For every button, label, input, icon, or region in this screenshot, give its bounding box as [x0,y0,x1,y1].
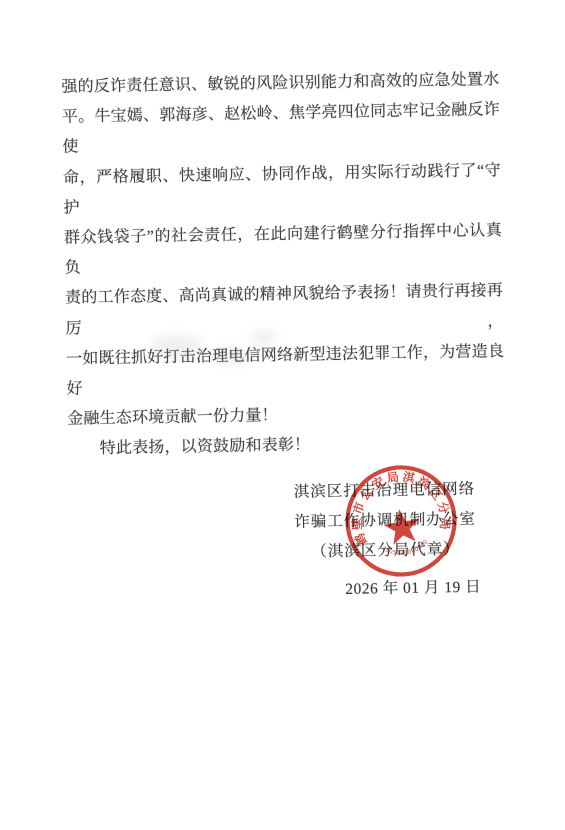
body-line: 一如既往抓好打击治理电信网络新型违法犯罪工作，为营造良好 [66,337,505,405]
seal-code-text: 4105020060060 [380,538,431,560]
svg-text:4105020060060: 4105020060060 [380,538,431,560]
body-line: 命，严格履职、快速响应、协同作战，用实际行动践行了“守护 [63,156,502,224]
body-line: 群众钱袋子”的社会责任，在此向建行鹤壁分行指挥中心认真负 [64,216,503,284]
seal-graphic: 鹤壁市公安局淇滨区分局 4105020060060 [330,450,472,592]
letter-body: 强的反诈责任意识、敏锐的风险识别能力和高效的应急处置水 平。牛宝嫣、郭海彦、赵松… [61,65,506,465]
body-line: 平。牛宝嫣、郭海彦、赵松岭、焦学亮四位同志牢记金融反诈使 [62,95,501,163]
star-icon [381,506,422,546]
official-seal-stamp: 鹤壁市公安局淇滨区分局 4105020060060 [330,450,472,592]
letter-content: 强的反诈责任意识、敏锐的风险识别能力和高效的应急处置水 平。牛宝嫣、郭海彦、赵松… [0,0,565,830]
document-page: 强的反诈责任意识、敏锐的风险识别能力和高效的应急处置水 平。牛宝嫣、郭海彦、赵松… [0,0,565,830]
body-line: 责的工作态度、高尚真诚的精神风貌给予表扬！请贵行再接再厉， [65,277,504,345]
